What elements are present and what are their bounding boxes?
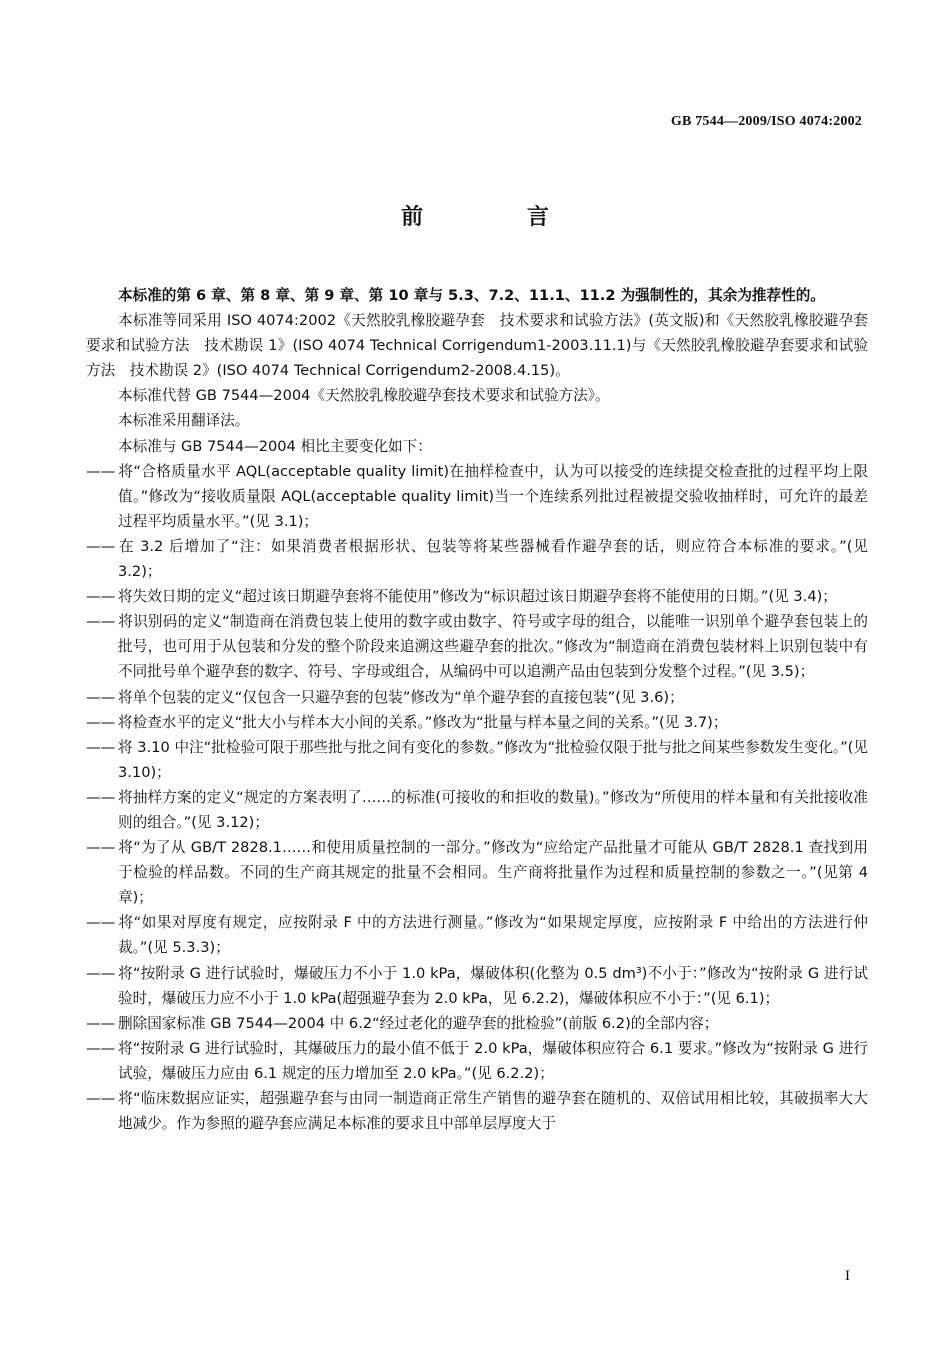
change-item: ——在 3.2 后增加了“注：如果消费者根据形状、包装等将某些器械看作避孕套的话… xyxy=(86,534,868,584)
change-item: ——将“按附录 G 进行试验时，爆破压力不小于 1.0 kPa，爆破体积(化整为… xyxy=(86,961,868,1011)
dash-marker: —— xyxy=(86,534,118,559)
dash-marker: —— xyxy=(86,1036,118,1061)
dash-marker: —— xyxy=(86,835,118,860)
dash-marker: —— xyxy=(86,584,118,609)
change-item: ——将单个包装的定义“仅包含一只避孕套的包装”修改为“单个避孕套的直接包装”(见… xyxy=(86,685,868,710)
dash-marker: —— xyxy=(86,710,118,735)
dash-marker: —— xyxy=(86,1011,118,1036)
dash-marker: —— xyxy=(86,910,118,935)
page-title: 前 言 xyxy=(0,200,950,231)
dash-marker: —— xyxy=(86,735,118,760)
foreword-body: 本标准的第 6 章、第 8 章、第 9 章、第 10 章与 5.3、7.2、11… xyxy=(86,283,868,1136)
standard-code-header: GB 7544—2009/ISO 4074:2002 xyxy=(671,114,862,130)
page-number: I xyxy=(845,1268,850,1285)
change-item: ——将检查水平的定义“批大小与样本大小间的关系。”修改为“批量与样本量之间的关系… xyxy=(86,710,868,735)
change-item: ——将识别码的定义“制造商在消费包装上使用的数字或由数字、符号或字母的组合，以能… xyxy=(86,609,868,684)
dash-marker: —— xyxy=(86,609,118,634)
change-item: ——将“临床数据应证实，超强避孕套与由同一制造商正常生产销售的避孕套在随机的、双… xyxy=(86,1086,868,1136)
change-item: ——将“如果对厚度有规定，应按附录 F 中的方法进行测量。”修改为“如果规定厚度… xyxy=(86,910,868,960)
change-item: ——将失效日期的定义“超过该日期避孕套将不能使用”修改为“标识超过该日期避孕套将… xyxy=(86,584,868,609)
changes-list: ——将“合格质量水平 AQL(acceptable quality limit)… xyxy=(86,459,868,1137)
change-item: ——将“按附录 G 进行试验时，其爆破压力的最小值不低于 2.0 kPa，爆破体… xyxy=(86,1036,868,1086)
change-item: ——将 3.10 中注“批检验可限于那些批与批之间有变化的参数。”修改为“批检验… xyxy=(86,735,868,785)
dash-marker: —— xyxy=(86,685,118,710)
mandatory-clause-paragraph: 本标准的第 6 章、第 8 章、第 9 章、第 10 章与 5.3、7.2、11… xyxy=(86,283,868,308)
dash-marker: —— xyxy=(86,459,118,484)
replacement-paragraph: 本标准代替 GB 7544—2004《天然胶乳橡胶避孕套技术要求和试验方法》。 xyxy=(86,383,868,408)
change-item: ——将抽样方案的定义“规定的方案表明了……的标准(可接收的和拒收的数量)。”修改… xyxy=(86,785,868,835)
dash-marker: —— xyxy=(86,1086,118,1111)
translation-method-paragraph: 本标准采用翻译法。 xyxy=(86,408,868,433)
changes-intro-paragraph: 本标准与 GB 7544—2004 相比主要变化如下： xyxy=(86,434,868,459)
change-item: ——将“为了从 GB/T 2828.1……和使用质量控制的一部分。”修改为“应给… xyxy=(86,835,868,910)
change-item: ——将“合格质量水平 AQL(acceptable quality limit)… xyxy=(86,459,868,534)
adoption-paragraph: 本标准等同采用 ISO 4074:2002《天然胶乳橡胶避孕套 技术要求和试验方… xyxy=(86,308,868,383)
dash-marker: —— xyxy=(86,785,118,810)
change-item: ——删除国家标准 GB 7544—2004 中 6.2“经过老化的避孕套的批检验… xyxy=(86,1011,868,1036)
dash-marker: —— xyxy=(86,961,118,986)
